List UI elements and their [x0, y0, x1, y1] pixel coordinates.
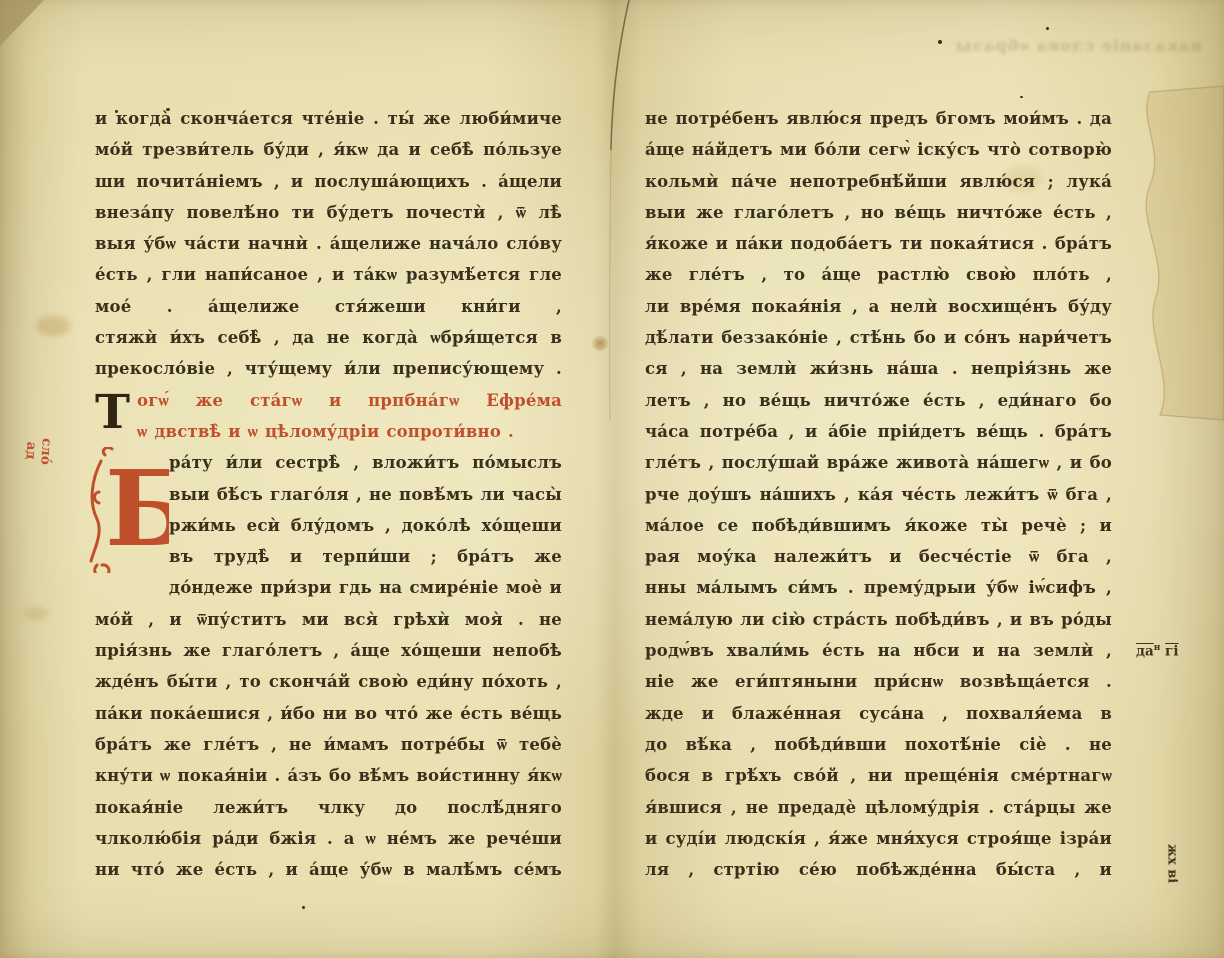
text-line: па́ки пока́ешися , и́бо ни во что́ же е́…	[95, 698, 562, 729]
text-line: и когда̀ сконча́ется чте́ніе . ты́ же лю…	[95, 103, 562, 134]
text-line: я́вшися , не предадѐ цѣлому́дрія . ста́р…	[645, 792, 1112, 823]
margin-note-line: ад	[22, 424, 40, 477]
text-line: бося в грѣ́хъ сво́й , ни преще́нія сме́р…	[645, 760, 1112, 791]
text-line: ніе же еги́птяныни при́снѡ возвѣща́ется …	[645, 666, 1112, 697]
margin-note-line: сло́	[37, 425, 55, 478]
text-line: члколю́бія ра́ди бжія . а ѡ не́мъ же реч…	[95, 823, 562, 854]
text-line: ма́лое се побѣди́вшимъ я́коже ты̀ речѐ ;…	[645, 510, 1112, 541]
text-line: а́ще на́йдетъ ми бо́ли сегѡ̀ іску́съ что…	[645, 134, 1112, 165]
text-line: ча́са потре́ба , и а́біе пріи́детъ ве́щь…	[645, 416, 1112, 447]
text-line: выи бѣ́съ глаго́ля , не повѣ́мъ ли часы̀…	[169, 479, 562, 510]
rubric-heading-line: ѡ двствѣ̀ и ѡ цѣлому́дріи сопроти́вно .	[137, 416, 562, 447]
ink-speck	[302, 906, 305, 909]
text-line: ни что́ же е́сть , и а́ще у́бѡ в малѣ́мъ…	[95, 854, 562, 885]
left-page-text-block: и когда̀ сконча́ется чте́ніе . ты́ же лю…	[95, 103, 562, 885]
ornamental-initial-letter: Б	[85, 447, 169, 573]
showthrough-text: наказаніе слова ѡбразы	[938, 36, 1202, 70]
text-line: выи же глаго́летъ , но ве́щь ничто́же е́…	[645, 197, 1112, 228]
paragraph-with-dropcap: Б ра́ту и́ли сестрѣ̀ , вложи́тъ по́мыслъ…	[95, 447, 562, 885]
text-line: выя у́бѡ ча́сти начнѝ . а́щелиже нача́ло…	[95, 228, 562, 259]
reference-number: гі	[1165, 644, 1178, 660]
text-line: прія́знь же глаго́летъ , а́ще хо́щеши не…	[95, 635, 562, 666]
rubric-heading: Т огѡ́ же ста́гѡ и прпбна́гѡ Ефре́ма нак…	[95, 385, 562, 448]
text-line: ли вре́мя покая́нія , а нелѝ восхище́нъ …	[645, 291, 1112, 322]
text-line: рая моу́ка належи́тъ и бесче́стіе ѿ бга …	[645, 541, 1112, 572]
right-page-text-block: не потре́бенъ явлю́ся предъ бгомъ мои́мъ…	[645, 103, 1112, 885]
ink-speck	[1020, 96, 1023, 98]
text-line: кну́ти ѡ покая́ніи . а́зъ бо вѣ́мъ вои́с…	[95, 760, 562, 791]
text-line: нны ма́лымъ си́мъ . прему́дрыи у́бѡ іѡ́с…	[645, 572, 1112, 603]
foxing-spot	[24, 606, 48, 621]
text-line: ра́ту и́ли сестрѣ̀ , вложи́тъ по́мыслъ н…	[169, 447, 562, 478]
text-line: не потре́бенъ явлю́ся предъ бгомъ мои́мъ…	[645, 103, 1112, 134]
quire-signature: жх ві	[1165, 834, 1180, 894]
ink-stain	[592, 336, 608, 351]
text-line: покая́ніе лежи́тъ члку до послѣ́дняго из…	[95, 792, 562, 823]
margin-note-reference: дан гі	[1136, 643, 1178, 660]
text-line: въ трудѣ̀ и терпи́ши ; бра́тъ же глаго́л…	[169, 541, 562, 572]
text-line: гле́тъ , послу́шай вра́же живота̀ на́шег…	[645, 447, 1112, 478]
text-line: и суді́и людскі́я , я́же мня́хуся строя́…	[645, 823, 1112, 854]
text-line: внеза́пу повелѣ́но ти бу́детъ почестѝ , …	[95, 197, 562, 228]
text-line: нема́лую ли сію̀ стра́сть побѣди́въ , и …	[645, 604, 1112, 635]
heading-initial-letter: Т	[95, 385, 137, 445]
svg-text:Б: Б	[105, 447, 169, 570]
text-line: прекосло́віе , чту́щему и́ли препису́юще…	[95, 353, 562, 384]
text-line: мое́ . а́щелиже стя́жеши кни́ги , блгопо…	[95, 291, 562, 322]
reference-superscript: н	[1154, 643, 1161, 653]
margin-note-rubric: сло́ ад	[22, 424, 55, 477]
reference-abbreviation: да	[1136, 644, 1154, 660]
text-line: до́ндеже при́зри гдь на смире́ніе моѐ и …	[169, 572, 562, 603]
text-line: же гле́тъ , то а́ще растлю̀ свою̀ пло́ть…	[645, 259, 1112, 290]
text-line: жде́нъ бы́ти , то сконча́й свою̀ еди́ну …	[95, 666, 562, 697]
text-line: стяжѝ и́хъ себѣ̀ , да не когда̀ ѡбря́щет…	[95, 322, 562, 353]
rubric-heading-line: огѡ́ же ста́гѡ и прпбна́гѡ Ефре́ма наказ…	[137, 385, 562, 416]
text-line: рче доу́шъ на́шихъ , ка́я че́сть лежи́тъ…	[645, 479, 1112, 510]
water-stain	[1114, 80, 1224, 430]
text-line: мо́й , и ѿпу́ститъ ми вся̀ грѣхѝ моя̀ . …	[95, 604, 562, 635]
text-line: ши почита́ніемъ , и послуша́ющихъ . а́ще…	[95, 166, 562, 197]
text-line: дѣ́лати беззако́ніе , стѣ́нь бо и со́нъ …	[645, 322, 1112, 353]
text-line: до вѣ́ка , побѣди́вши похотѣ́ніе сіѐ . н…	[645, 729, 1112, 760]
text-line: бра́тъ же гле́тъ , не и́мамъ потре́бы ѿ …	[95, 729, 562, 760]
text-line: жде и блаже́нная суса́на , похваля́ема в…	[645, 698, 1112, 729]
text-line: кольмѝ па́че непотребнѣ́йши явлю́ся ; лу…	[645, 166, 1112, 197]
text-line: е́сть , гли напи́саное , и та́кѡ разумѣ́…	[95, 259, 562, 290]
text-line: я́коже и па́ки подоба́етъ ти покая́тися …	[645, 228, 1112, 259]
text-line: летъ , но ве́щь ничто́же е́сть , еди́наг…	[645, 385, 1112, 416]
text-line: родѡ́въ хвали́мь е́сть на нбси и на земл…	[645, 635, 1112, 666]
ink-speck	[1046, 27, 1049, 30]
text-line: мо́й трезви́тель бу́ди , я́кѡ да и себѣ̀…	[95, 134, 562, 165]
text-line: ся , на землѝ жи́знь на́ша . непрія́знь …	[645, 353, 1112, 384]
text-line: ржи́мь есѝ блу́домъ , доко́лѣ хо́щеши бы…	[169, 510, 562, 541]
foxing-spot	[36, 316, 70, 336]
text-line: ля , стртію се́ю побѣжде́нна бы́ста , и …	[645, 854, 1112, 885]
